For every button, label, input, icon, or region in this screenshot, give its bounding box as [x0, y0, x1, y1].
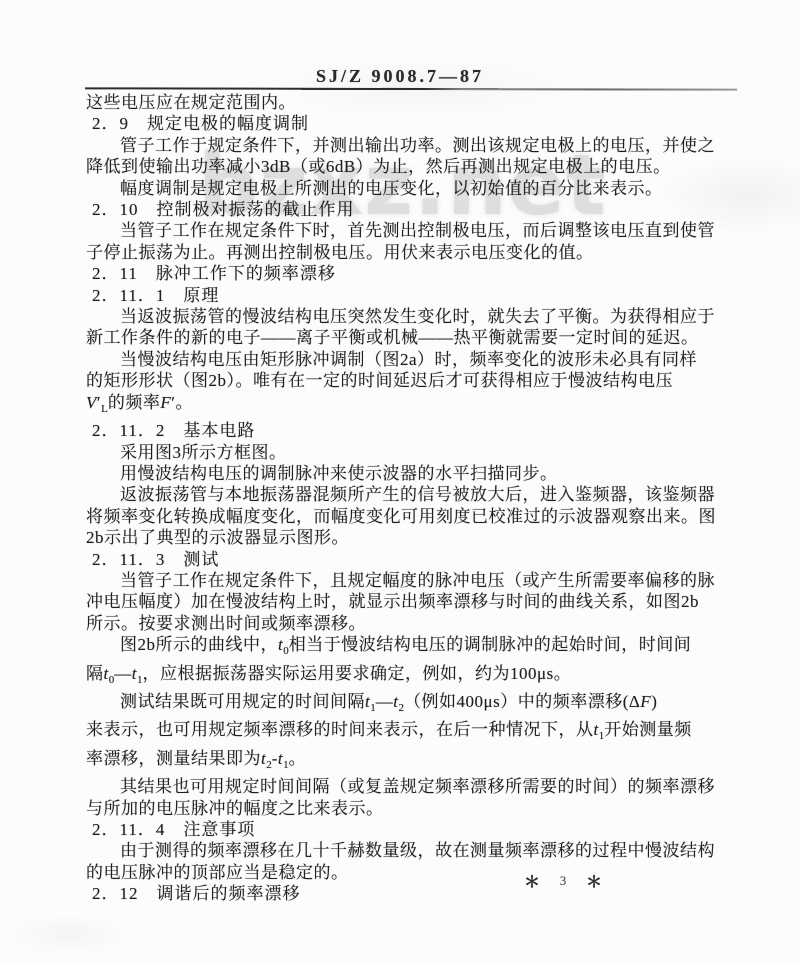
text-run: —	[376, 692, 394, 711]
text-run: V	[86, 393, 97, 412]
section-heading: 2．11．4 注意事项	[86, 819, 738, 840]
text-run: ′。	[171, 393, 193, 412]
text-run: 幅度调制是规定电极上所测出的电压变化，以初始值的百分比来表示。	[120, 179, 663, 198]
text-run: 子停止振荡为止。再测出控制极电压。用伏来表示电压变化的值。	[86, 243, 594, 262]
text-line: 所示。按要求测出时间或频率漂移。	[86, 613, 738, 634]
text-run: 2．12 调谐后的频率漂移	[92, 884, 301, 903]
text-line: 子停止振荡为止。再测出控制极电压。用伏来表示电压变化的值。	[86, 242, 738, 263]
text-run: 返波振荡管与本地振荡器混频所产生的信号被放大后，进入鉴频器，该鉴频器	[120, 485, 715, 504]
section-heading: 2．9 规定电极的幅度调制	[86, 113, 738, 134]
text-line: 将频率变化转换成幅度变化，而幅度变化可用刻度已校准过的示波器观察出来。图	[86, 506, 738, 527]
text-run: 2b示出了典型的示波器显示图形。	[86, 528, 349, 547]
text-run: 当慢波结构电压由矩形脉冲调制（图2a）时，频率变化的波形未必具有同样	[120, 350, 697, 369]
text-line: 隔t0—t1，应根据振荡器实际运用要求确定，例如，约为100μs。	[86, 663, 738, 691]
text-line: 采用图3所示方框图。	[86, 442, 738, 463]
text-run: 管子工作于规定条件下，并测出输出功率。测出该规定电极上的电压，并使之	[120, 136, 715, 155]
section-heading: 2．11．2 基本电路	[86, 420, 738, 441]
text-run: 的矩形形状（图2b）。唯有在一定的时间延迟后才可获得相应于慢波结构电压	[86, 371, 673, 390]
text-run: 2．11 脉冲工作下的频率漂移	[92, 264, 336, 283]
document-body: 这些电压应在规定范围内。2．9 规定电极的幅度调制管子工作于规定条件下，并测出输…	[86, 92, 738, 905]
text-run: 降低到使输出功率减小3dB（或6dB）为止，然后再测出规定电极上的电压。	[86, 157, 671, 176]
section-heading: 2．11 脉冲工作下的频率漂移	[86, 263, 738, 284]
text-run: 当管子工作在规定条件下，且规定幅度的脉冲电压（或产生所需要率偏移的脉	[120, 571, 715, 590]
section-heading: 2．11．1 原理	[86, 285, 738, 306]
section-heading: 2．10 控制极对振荡的截止作用	[86, 199, 738, 220]
standard-number: SJ/Z 9008.7—87	[302, 66, 498, 90]
text-run: （例如400μs）中的频率漂移(Δ	[404, 692, 640, 711]
text-line: 冲电压幅度）加在慢波结构上时，就显示出频率漂移与时间的曲线关系，如图2b	[86, 591, 738, 612]
section-heading: 2．12 调谐后的频率漂移	[86, 883, 738, 904]
text-run: 所示。按要求测出时间或频率漂移。	[86, 614, 366, 633]
text-run: 的电压脉冲的顶部应当是稳定的。	[86, 863, 349, 882]
text-run: )	[651, 692, 657, 711]
text-line: 其结果也可用规定时间间隔（或复盖规定频率漂移所需要的时间）的频率漂移	[86, 776, 738, 797]
text-line: 2b示出了典型的示波器显示图形。	[86, 527, 738, 548]
text-line: 当管子工作在规定条件下时，首先测出控制极电压，而后调整该电压直到使管	[86, 220, 738, 241]
text-run: 冲电压幅度）加在慢波结构上时，就显示出频率漂移与时间的曲线关系，如图2b	[86, 592, 699, 611]
text-run: L	[101, 403, 108, 415]
text-line: 新工作条件的新的电子——离子平衡或机械——热平衡就需要一定时间的延迟。	[86, 327, 738, 348]
text-line: 图2b所示的曲线中，t0相当于慢波结构电压的调制脉冲的起始时间，时间间	[86, 634, 738, 662]
text-run: 2．9 规定电极的幅度调制	[92, 114, 309, 133]
text-line: 率漂移，测量结果即为t2-t1。	[86, 748, 738, 776]
text-run: ，应根据振荡器实际运用要求确定，例如，约为100μs。	[142, 664, 571, 683]
text-run: 开始测量频	[604, 720, 692, 739]
text-line: 与所加的电压脉冲的幅度之比来表示。	[86, 798, 738, 819]
text-run: 2．11．1 原理	[92, 286, 219, 305]
text-run: F	[160, 393, 171, 412]
text-run: 当管子工作在规定条件下时，首先测出控制极电压，而后调整该电压直到使管	[120, 221, 715, 240]
text-run: 2．10 控制极对振荡的截止作用	[92, 200, 355, 219]
text-line: V′L的频率F′。	[86, 392, 738, 420]
text-line: 管子工作于规定条件下，并测出输出功率。测出该规定电极上的电压，并使之	[86, 135, 738, 156]
text-run: 其结果也可用规定时间间隔（或复盖规定频率漂移所需要的时间）的频率漂移	[120, 777, 715, 796]
text-run: 与所加的电压脉冲的幅度之比来表示。	[86, 799, 384, 818]
text-run: 当返波振荡管的慢波结构电压突然发生变化时，就失去了平衡。为获得相应于	[120, 307, 715, 326]
scanned-document-page: bzxz.net SJ/Z 9008.7—87 这些电压应在规定范围内。2．9 …	[0, 0, 800, 965]
text-line: 由于测得的频率漂移在几十千赫数量级，故在测量频率漂移的过程中慢波结构	[86, 840, 738, 861]
text-line: 降低到使输出功率减小3dB（或6dB）为止，然后再测出规定电极上的电压。	[86, 156, 738, 177]
text-line: 来表示，也可用规定频率漂移的时间来表示，在后一种情况下，从t1开始测量频	[86, 719, 738, 747]
text-run: 图2b所示的曲线中，	[120, 635, 278, 654]
text-run: 由于测得的频率漂移在几十千赫数量级，故在测量频率漂移的过程中慢波结构	[120, 841, 715, 860]
text-run: —	[114, 664, 132, 683]
header-rule	[85, 87, 737, 90]
text-run: 2．11．2 基本电路	[92, 421, 255, 440]
text-line: 当管子工作在规定条件下，且规定幅度的脉冲电压（或产生所需要率偏移的脉	[86, 570, 738, 591]
text-line: 这些电压应在规定范围内。	[86, 92, 738, 113]
text-run: 的频率	[108, 393, 161, 412]
text-run: 这些电压应在规定范围内。	[86, 93, 296, 112]
text-run: 。	[289, 749, 307, 768]
text-line: 测试结果既可用规定的时间间隔t1—t2（例如400μs）中的频率漂移(ΔF)	[86, 691, 738, 719]
text-run: 采用图3所示方框图。	[120, 443, 287, 462]
text-run: 用慢波结构电压的调制脉冲来使示波器的水平扫描同步。	[120, 464, 558, 483]
text-line: 当返波振荡管的慢波结构电压突然发生变化时，就失去了平衡。为获得相应于	[86, 306, 738, 327]
text-run: 2．11．4 注意事项	[92, 820, 255, 839]
text-line: 返波振荡管与本地振荡器混频所产生的信号被放大后，进入鉴频器，该鉴频器	[86, 484, 738, 505]
section-heading: 2．11．3 测试	[86, 549, 738, 570]
text-run: 新工作条件的新的电子——离子平衡或机械——热平衡就需要一定时间的延迟。	[86, 328, 699, 347]
text-line: 的矩形形状（图2b）。唯有在一定的时间延迟后才可获得相应于慢波结构电压	[86, 370, 738, 391]
text-run: 隔	[86, 664, 104, 683]
text-run: 测试结果既可用规定的时间间隔	[120, 692, 365, 711]
text-run: F	[640, 692, 651, 711]
text-line: 当慢波结构电压由矩形脉冲调制（图2a）时，频率变化的波形未必具有同样	[86, 349, 738, 370]
text-run: 率漂移，测量结果即为	[86, 749, 261, 768]
text-run: 2．11．3 测试	[92, 550, 219, 569]
text-run: 来表示，也可用规定频率漂移的时间来表示，在后一种情况下，从	[86, 720, 594, 739]
text-line: 的电压脉冲的顶部应当是稳定的。	[86, 862, 738, 883]
text-run: 相当于慢波结构电压的调制脉冲的起始时间，时间间	[289, 635, 692, 654]
text-line: 用慢波结构电压的调制脉冲来使示波器的水平扫描同步。	[86, 463, 738, 484]
text-line: 幅度调制是规定电极上所测出的电压变化，以初始值的百分比来表示。	[86, 178, 738, 199]
text-run: 将频率变化转换成幅度变化，而幅度变化可用刻度已校准过的示波器观察出来。图	[86, 507, 716, 526]
